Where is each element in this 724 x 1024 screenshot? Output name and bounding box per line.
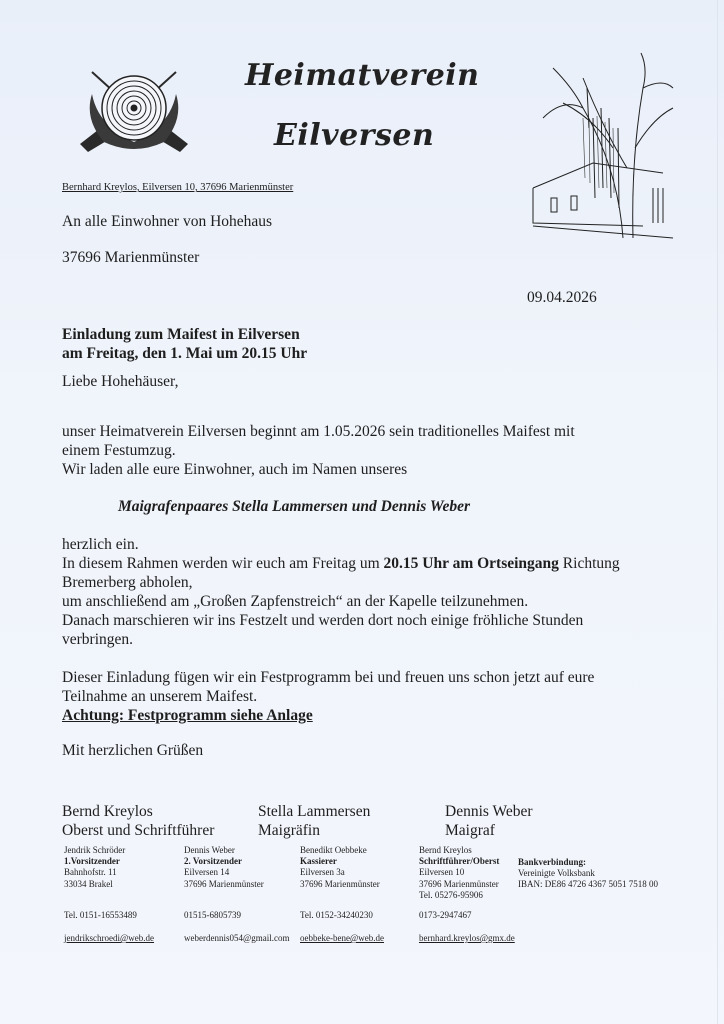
club-name-line1: Heimatverein xyxy=(245,58,480,93)
royal-couple-highlight: Maigrafenpaares Stella Lammersen und Den… xyxy=(118,498,470,516)
paragraph-details: herzlich ein. In diesem Rahmen werden wi… xyxy=(62,535,692,649)
text-span: In diesem Rahmen werden wir euch am Frei… xyxy=(62,555,384,572)
bank-label: Bankverbindung: xyxy=(518,857,658,868)
contact-street: Eilversen 10 xyxy=(419,867,499,878)
letter-page: Heimatverein Eilversen Bernhard xyxy=(0,0,724,1024)
paragraph-line: Teilnahme an unserem Maifest. xyxy=(62,687,682,706)
contact-block: Dennis Weber 2. Vorsitzender Eilversen 1… xyxy=(184,845,264,890)
chapel-with-tree-drawing-icon xyxy=(523,48,683,248)
contact-role: Schriftführer/Oberst xyxy=(419,856,499,867)
signature-title: Maigräfin xyxy=(258,821,370,840)
paragraph-line: einem Festumzug. xyxy=(62,441,682,460)
paragraph-line: unser Heimatverein Eilversen beginnt am … xyxy=(62,422,682,441)
contact-role: 2. Vorsitzender xyxy=(184,856,264,867)
paragraph-line: Dieser Einladung fügen wir ein Festprogr… xyxy=(62,668,682,687)
contact-name: Bernd Kreylos xyxy=(419,845,499,856)
closing-phrase: Mit herzlichen Grüßen xyxy=(62,741,203,760)
contact-city: 37696 Marienmünster xyxy=(184,879,264,890)
contact-phone: Tel. 0151-16553489 xyxy=(64,910,137,920)
bank-details: Bankverbindung: Vereinigte Volksbank IBA… xyxy=(518,857,658,891)
contact-email-link[interactable]: bernhard.kreylos@gmx.de xyxy=(419,933,515,943)
contact-role: Kassierer xyxy=(300,856,380,867)
sender-address-line: Bernhard Kreylos, Eilversen 10, 37696 Ma… xyxy=(62,182,293,193)
contact-city: 37696 Marienmünster xyxy=(419,879,499,890)
signature-block: Bernd Kreylos Oberst und Schriftführer xyxy=(62,802,214,840)
paragraph-line: herzlich ein. xyxy=(62,535,692,554)
contact-street: Bahnhofstr. 11 xyxy=(64,867,125,878)
attention-note: Achtung: Festprogramm siehe Anlage xyxy=(62,706,682,725)
signature-block: Dennis Weber Maigraf xyxy=(445,802,533,840)
salutation: Liebe Hohehäuser, xyxy=(62,372,178,391)
contact-landline: Tel. 05276-95906 xyxy=(419,890,499,901)
signature-name: Bernd Kreylos xyxy=(62,802,214,821)
contact-role: 1.Vorsitzender xyxy=(64,856,125,867)
contact-city: 37696 Marienmünster xyxy=(300,879,380,890)
paragraph-line: Danach marschieren wir ins Festzelt und … xyxy=(62,611,692,630)
bank-iban: IBAN: DE86 4726 4367 5051 7518 00 xyxy=(518,879,658,890)
contact-phone: 0173-2947467 xyxy=(419,910,472,920)
paragraph-line: verbringen. xyxy=(62,630,692,649)
recipient-line1: An alle Einwohner von Hohehaus xyxy=(62,212,272,231)
contact-block: Jendrik Schröder 1.Vorsitzender Bahnhofs… xyxy=(64,845,125,890)
bank-name: Vereinigte Volksbank xyxy=(518,868,658,879)
paragraph-line: um anschließend am „Großen Zapfenstreich… xyxy=(62,592,692,611)
signature-block: Stella Lammersen Maigräfin xyxy=(258,802,370,840)
subject-line2: am Freitag, den 1. Mai um 20.15 Uhr xyxy=(62,344,307,363)
meeting-point-emphasis: 20.15 Uhr am Ortseingang xyxy=(384,555,559,572)
contact-phone: Tel. 0152-34240230 xyxy=(300,910,373,920)
paragraph-intro: unser Heimatverein Eilversen beginnt am … xyxy=(62,422,682,479)
contact-name: Dennis Weber xyxy=(184,845,264,856)
contact-email-link[interactable]: jendrikschroedi@web.de xyxy=(64,933,154,943)
signature-name: Stella Lammersen xyxy=(258,802,370,821)
contact-block: Benedikt Oebbeke Kassierer Eilversen 3a … xyxy=(300,845,380,890)
paragraph-line: Wir laden alle eure Einwohner, auch im N… xyxy=(62,460,682,479)
page-edge xyxy=(717,0,718,1024)
recipient-line2: 37696 Marienmünster xyxy=(62,248,199,267)
contact-street: Eilversen 3a xyxy=(300,867,380,878)
letter-date: 09.04.2026 xyxy=(527,288,597,307)
signature-title: Oberst und Schriftführer xyxy=(62,821,214,840)
shooting-target-emblem-icon xyxy=(78,64,190,156)
contact-email-link[interactable]: oebbeke-bene@web.de xyxy=(300,933,384,943)
signature-title: Maigraf xyxy=(445,821,533,840)
contact-block: Bernd Kreylos Schriftführer/Oberst Eilve… xyxy=(419,845,499,901)
club-name-line2: Eilversen xyxy=(274,118,434,153)
paragraph-program: Dieser Einladung fügen wir ein Festprogr… xyxy=(62,668,682,725)
contact-name: Jendrik Schröder xyxy=(64,845,125,856)
letter-subject: Einladung zum Maifest in Eilversen am Fr… xyxy=(62,325,307,363)
contact-name: Benedikt Oebbeke xyxy=(300,845,380,856)
paragraph-line: Bremerberg abholen, xyxy=(62,573,692,592)
signature-name: Dennis Weber xyxy=(445,802,533,821)
contact-phone: 01515-6805739 xyxy=(184,910,241,920)
paragraph-line: In diesem Rahmen werden wir euch am Frei… xyxy=(62,554,692,573)
subject-line1: Einladung zum Maifest in Eilversen xyxy=(62,325,307,344)
text-span: Richtung xyxy=(559,555,620,572)
contact-city: 33034 Brakel xyxy=(64,879,125,890)
contact-email: weberdennis054@gmail.com xyxy=(184,933,290,943)
contact-street: Eilversen 14 xyxy=(184,867,264,878)
